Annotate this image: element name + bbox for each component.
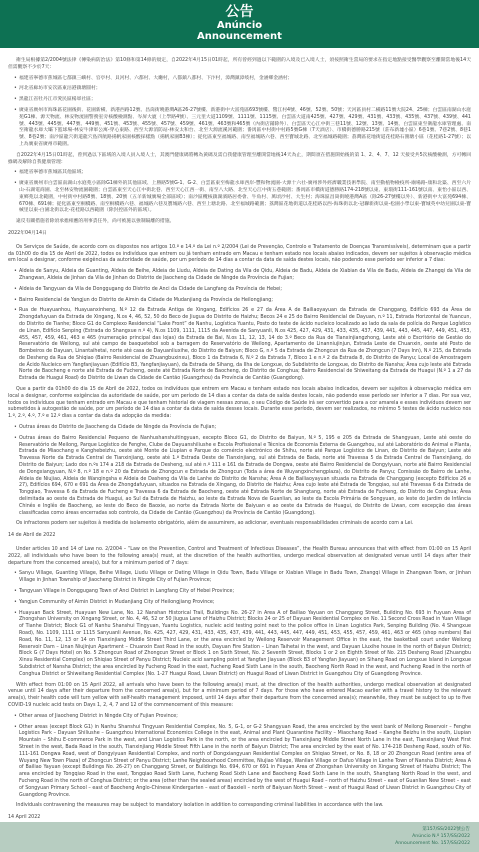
announcement-reference: 第157/SS/2022號公告 Anúncio N.º 157/SS/2022 … [395, 827, 470, 848]
pt-bullet-1: Aldeia de Sanyu, Aldeia de Guanting, Ald… [14, 269, 471, 283]
en-closing: Individuals contravening the measures ma… [8, 803, 471, 810]
zh-bullet-6: 廣東省廣州市白雲區南湖山水庭苑小區除G1棟外的其他區域、上勝路5號G-1、G-2… [14, 181, 471, 215]
zh-date: 2022年04月14日 [8, 231, 471, 238]
pt-bullet-5: Outras áreas do Distrito de Jiaocheng da… [14, 425, 471, 432]
zh-paragraph-1: 衛生局根據第2/2004號法律《傳染病防治法》第10條和第14條的規定，自202… [8, 58, 471, 72]
zh-paragraph-2: 自2022年4月15日01時起，曾到過以下區域的入境人員入境人士，其澳門健康碼將… [8, 153, 471, 167]
en-bullet-2: Tangyuan Village in Donggugang Town of A… [14, 589, 471, 596]
zh-closing: 違反有關措施者除須承擔相應的刑事責任外，尚可被施以強制隔離的措施。 [8, 219, 471, 226]
zh-bullet-1: 福建省寧德市蕉城區七都鎮三嶼村、官亭村、貝河村、六都村、大廳村，八都鎮八都村、下… [14, 76, 471, 83]
portuguese-section: Os Serviços de Saúde, de acordo com os d… [8, 245, 471, 540]
pt-closing: Os infractores podem ser sujeitos à medi… [8, 521, 471, 528]
english-section: Under articles 10 and 14 of Law no. 2/20… [8, 547, 471, 822]
announcement-body: 衛生局根據第2/2004號法律《傳染病防治法》第10條和第14條的規定，自202… [0, 48, 479, 852]
en-bullet-5: Other areas of Jiaocheng District in Nin… [14, 714, 471, 721]
zh-bullet-5: 福建省寧德市蕉城區其他區域； [14, 170, 471, 177]
announcement-header: 公告 Anúncio Announcement [0, 0, 479, 48]
title-en: Announcement [0, 31, 479, 43]
pt-bullet-4: Rua de Huayuanhou, Huayuanxinheng, N.º 1… [14, 308, 471, 383]
pt-bullet-2: Aldeia de Tangyuan da Vila de Donggugang… [14, 287, 471, 294]
pt-paragraph-2: Que a partir da 01h00 do dia 15 de Abril… [8, 387, 471, 421]
ref-en: Announcement No. 157/SS/2022 [395, 841, 470, 848]
en-paragraph-1: Under articles 10 and 14 of Law no. 2/20… [8, 547, 471, 567]
zh-bullet-2: 河北省廊坊市安次區東沽港鎮塘圓村； [14, 86, 471, 93]
zh-bullet-3: 黑龍江省牡丹江市愛民區楊軍社區； [14, 97, 471, 104]
en-bullet-1: Sanyu Village, Guanting Village, Beihe V… [14, 571, 471, 585]
pt-date: 14 de Abril de 2022 [8, 533, 471, 540]
zh-bullet-4: 廣東省廣州市海珠區花園後街、花園新橫、新港西路12號、昌崗街曉港灣A區26-27… [14, 108, 471, 149]
chinese-section: 衛生局根據第2/2004號法律《傳染病防治法》第10條和第14條的規定，自202… [8, 58, 471, 238]
ref-zh: 第157/SS/2022號公告 [395, 827, 470, 834]
en-date: 14 April 2022 [8, 815, 471, 822]
title-pt: Anúncio [0, 20, 479, 31]
en-bullet-4: Huayuan Back Street, Huayuan New Lane, N… [14, 611, 471, 679]
ref-pt: Anúncio N.º 157/SS/2022 [395, 834, 470, 841]
title-zh: 公告 [0, 4, 479, 20]
en-bullet-3: Yangjun Community of Aimin District in M… [14, 600, 471, 607]
pt-bullet-6: Outras áreas do Bairro Residencial Peque… [14, 436, 471, 518]
pt-bullet-3: Bairro Residencial de Yangjun do Distrit… [14, 298, 471, 305]
footer-band: 第157/SS/2022號公告 Anúncio N.º 157/SS/2022 … [0, 822, 479, 852]
en-bullet-6: Other areas (except Block G1) in Nanhu S… [14, 725, 471, 800]
pt-paragraph-1: Os Serviços de Saúde, de acordo com os d… [8, 245, 471, 265]
en-paragraph-2: With effect from 01:00 on 15 April 2022,… [8, 683, 471, 710]
